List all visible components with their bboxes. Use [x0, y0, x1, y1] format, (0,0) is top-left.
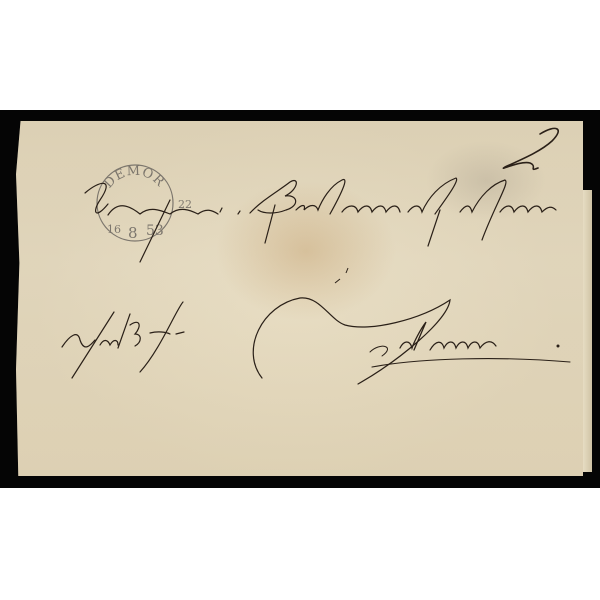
rate-mark — [503, 128, 558, 169]
left-note — [62, 302, 184, 378]
ink-tick — [346, 268, 348, 273]
letter-ink-layer: DEMOR 16 8 53 22 — [0, 0, 600, 600]
postmark-town: DEMOR — [101, 164, 167, 192]
postmark-day: 16 — [107, 223, 121, 236]
address-line-2 — [253, 298, 570, 384]
postmark: DEMOR 16 8 53 22 — [97, 164, 192, 242]
postmark-month: 8 — [128, 224, 138, 242]
ink-tick — [335, 279, 340, 283]
address-line-1 — [85, 178, 556, 262]
